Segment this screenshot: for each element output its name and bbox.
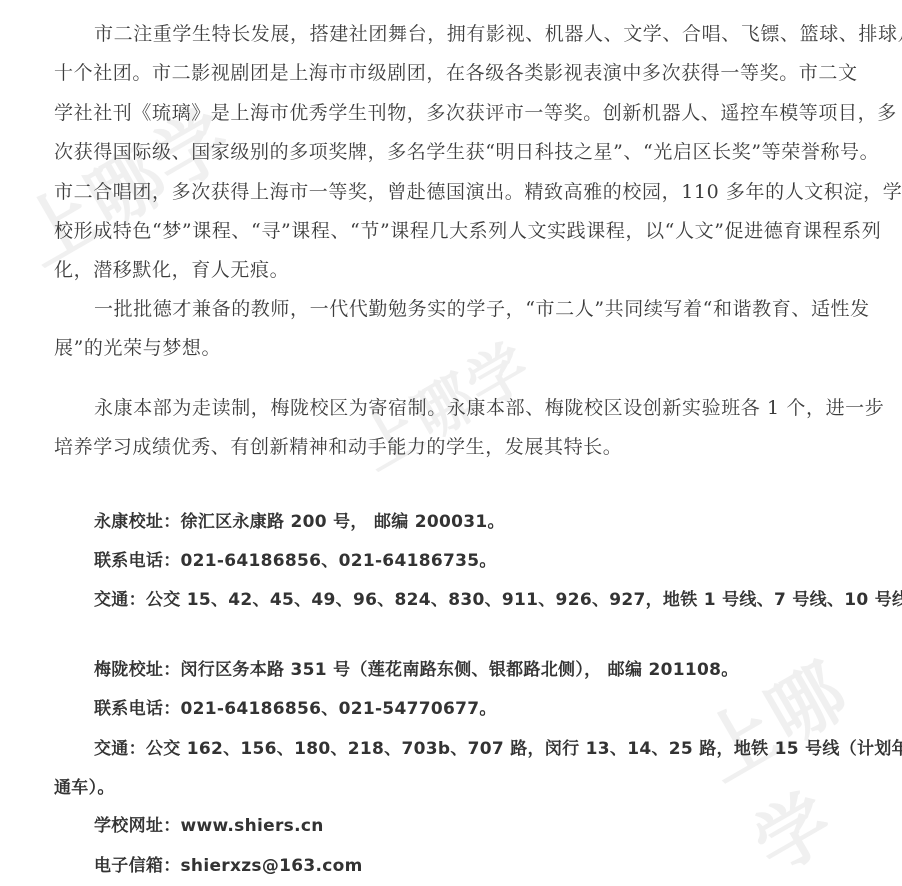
text-line: 次获得国际级、国家级别的多项奖牌，多名学生获“明日科技之星”、“光启区长奖”等荣… (54, 140, 854, 164)
yongkang-transport: 交通：公交 15、42、45、49、96、824、830、911、926、927… (94, 588, 894, 612)
text-line: 永康本部为走读制，梅陇校区为寄宿制。永康本部、梅陇校区设创新实验班各 1 个，进… (94, 396, 894, 420)
text-line: 十个社团。市二影视剧团是上海市市级剧团，在各级各类影视表演中多次获得一等奖。市二… (54, 61, 854, 85)
text-line: 化，潜移默化，育人无痕。 (54, 258, 854, 282)
text-line: 市二合唱团，多次获得上海市一等奖，曾赴德国演出。精致高雅的校园，110 多年的人… (54, 180, 854, 204)
text-line: 市二注重学生特长发展，搭建社团舞台，拥有影视、机器人、文学、合唱、飞镖、篮球、排… (94, 22, 894, 46)
meilong-phone: 联系电话：021-64186856、021-54770677。 (94, 697, 894, 721)
text-line: 学社社刊《琉璃》是上海市优秀学生刊物，多次获评市一等奖。创新机器人、遥控车模等项… (54, 101, 854, 125)
text-line: 一批批德才兼备的教师，一代代勤勉务实的学子，“市二人”共同续写着“和谐教育、适性… (94, 297, 894, 321)
meilong-transport: 交通：公交 162、156、180、218、703b、707 路，闵行 13、1… (94, 737, 894, 761)
text-line: 展”的光荣与梦想。 (54, 336, 854, 360)
meilong-address: 梅陇校址：闵行区务本路 351 号（莲花南路东侧、银都路北侧）， 邮编 2011… (94, 658, 894, 682)
meilong-transport-cont: 通车）。 (54, 776, 854, 800)
yongkang-phone: 联系电话：021-64186856、021-64186735。 (94, 549, 894, 573)
school-email[interactable]: 电子信箱：shierxzs@163.com (94, 854, 894, 878)
text-line: 校形成特色“梦”课程、“寻”课程、“节”课程几大系列人文实践课程，以“人文”促进… (54, 219, 854, 243)
document-page: 上哪学 上哪学 上哪学 市二注重学生特长发展，搭建社团舞台，拥有影视、机器人、文… (0, 0, 902, 886)
school-website[interactable]: 学校网址：www.shiers.cn (94, 814, 894, 838)
text-line: 培养学习成绩优秀、有创新精神和动手能力的学生，发展其特长。 (54, 435, 854, 459)
yongkang-address: 永康校址：徐汇区永康路 200 号， 邮编 200031。 (94, 510, 894, 534)
